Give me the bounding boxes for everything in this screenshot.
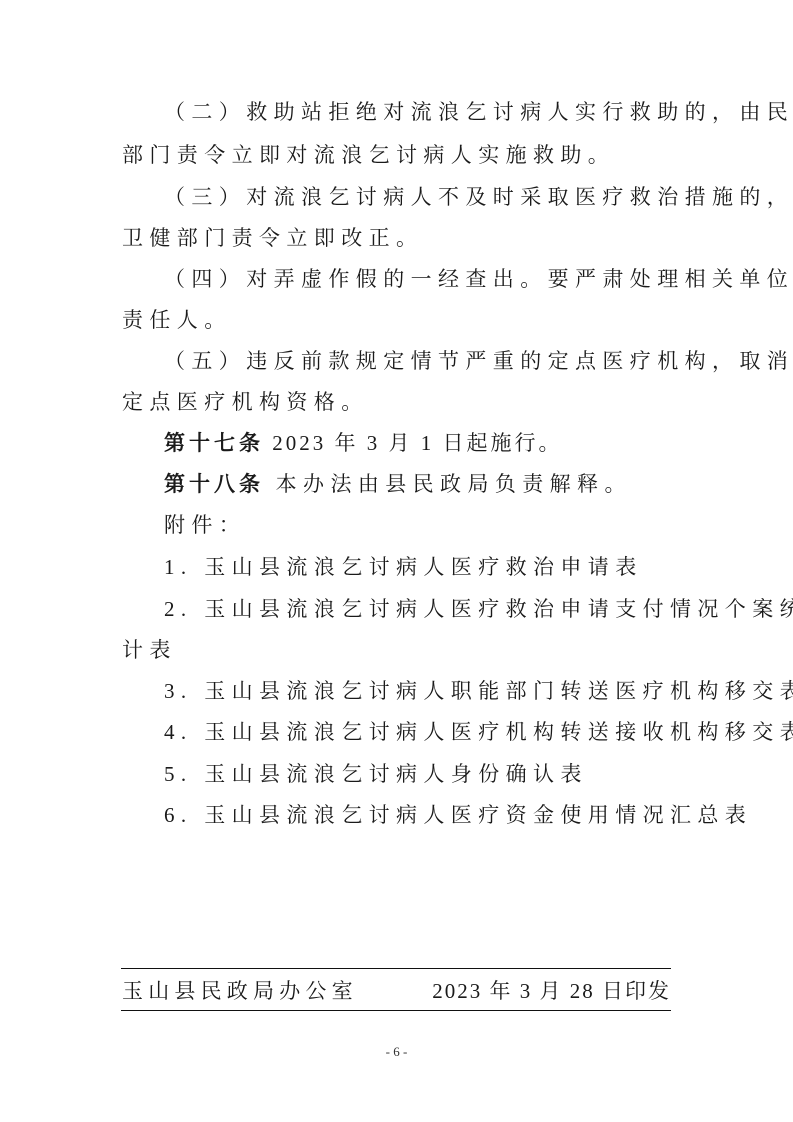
- item-2-line-1: （二）救助站拒绝对流浪乞讨病人实行救助的，由民政: [164, 97, 724, 127]
- attachments-heading: 附件：: [164, 510, 724, 540]
- page-number: - 6 -: [0, 1043, 793, 1061]
- article-17-text: 2023 年 3 月 1 日起施行。: [264, 431, 563, 455]
- article-18-text: 本办法由县民政局负责解释。: [264, 472, 632, 496]
- item-2-line-2: 部门责令立即对流浪乞讨病人实施救助。: [122, 140, 682, 170]
- document-page: （二）救助站拒绝对流浪乞讨病人实行救助的，由民政 部门责令立即对流浪乞讨病人实施…: [0, 0, 793, 1122]
- attachment-item-6: 6. 玉山县流浪乞讨病人医疗资金使用情况汇总表: [164, 800, 724, 830]
- attachment-item-3: 3. 玉山县流浪乞讨病人职能部门转送医疗机构移交表: [164, 676, 724, 706]
- footer-issue-date: 2023 年 3 月 28 日印发: [432, 976, 671, 1006]
- item-4-line-2: 责任人。: [122, 305, 682, 335]
- attachment-item-1: 1. 玉山县流浪乞讨病人医疗救治申请表: [164, 552, 724, 582]
- item-3-line-1: （三）对流浪乞讨病人不及时采取医疗救治措施的，由: [164, 182, 724, 212]
- item-5-line-2: 定点医疗机构资格。: [122, 387, 682, 417]
- article-17: 第十七条 2023 年 3 月 1 日起施行。: [164, 428, 724, 458]
- article-18-label: 第十八条: [164, 472, 264, 496]
- footer-bottom-rule: [121, 1010, 671, 1011]
- attachment-item-2: 2. 玉山县流浪乞讨病人医疗救治申请支付情况个案统: [164, 594, 724, 624]
- attachment-item-4: 4. 玉山县流浪乞讨病人医疗机构转送接收机构移交表: [164, 717, 724, 747]
- article-17-label: 第十七条: [164, 431, 264, 455]
- article-18: 第十八条 本办法由县民政局负责解释。: [164, 469, 724, 499]
- item-4-line-1: （四）对弄虚作假的一经查出。要严肃处理相关单位和: [164, 264, 724, 294]
- footer-issuer: 玉山县民政局办公室: [122, 976, 358, 1006]
- footer-top-rule: [121, 968, 671, 969]
- attachment-item-2-continued: 计表: [122, 635, 682, 665]
- attachment-item-5: 5. 玉山县流浪乞讨病人身份确认表: [164, 759, 724, 789]
- item-5-line-1: （五）违反前款规定情节严重的定点医疗机构，取消其: [164, 346, 724, 376]
- item-3-line-2: 卫健部门责令立即改正。: [122, 223, 682, 253]
